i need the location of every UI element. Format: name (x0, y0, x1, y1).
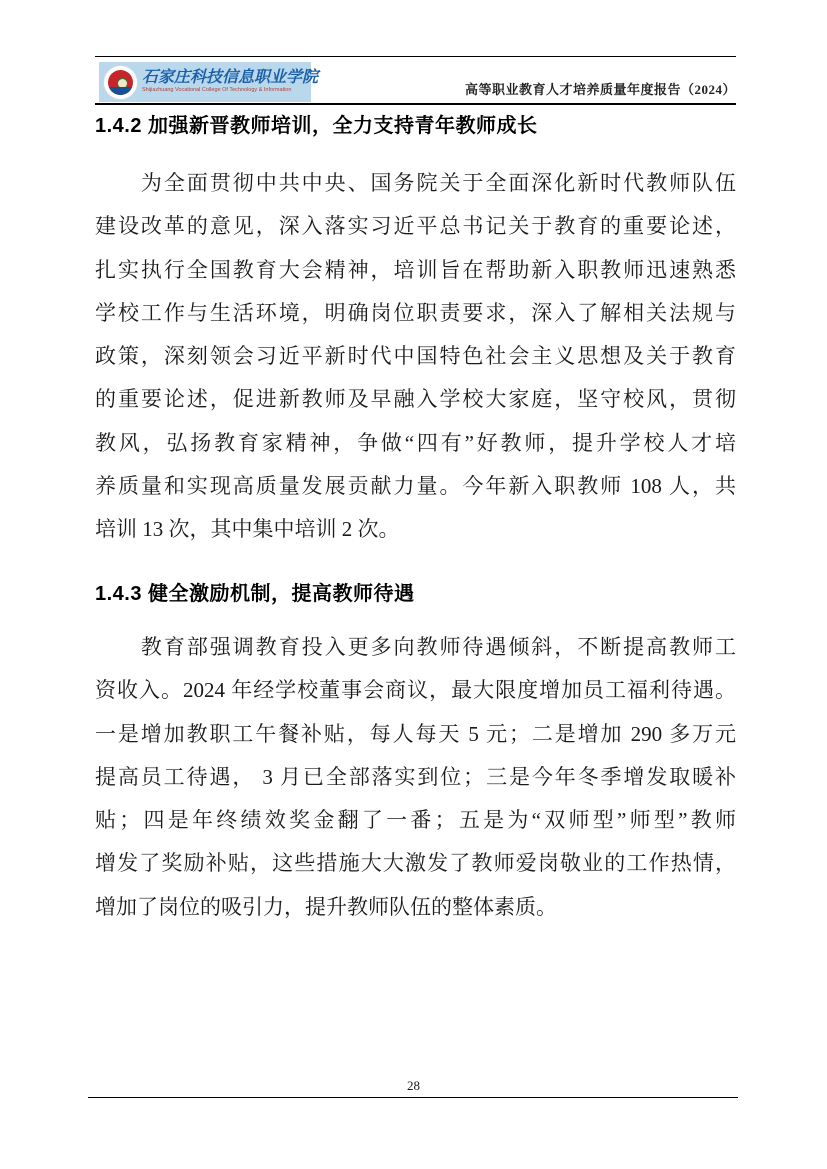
paragraph-line: 扎实执行全国教育大会精神，培训旨在帮助新入职教师迅速熟悉 (95, 249, 736, 292)
page-header: 石家庄科技信息职业学院 Shijiazhuang Vocational Coll… (95, 56, 736, 105)
college-name-zh: 石家庄科技信息职业学院 (142, 70, 318, 86)
college-name-block: 石家庄科技信息职业学院 Shijiazhuang Vocational Coll… (142, 70, 318, 94)
college-emblem-icon (103, 65, 138, 100)
paragraph-line: 学校工作与生活环境，明确岗位职责要求，深入了解相关法规与 (95, 292, 736, 335)
paragraph-143: 教育部强调教育投入更多向教师待遇倾斜，不断提高教师工资收入。2024 年经学校董… (95, 626, 736, 929)
paragraph-line: 一是增加教职工午餐补贴，每人每天 5 元；二是增加 290 多万元 (95, 713, 736, 756)
document-page: 石家庄科技信息职业学院 Shijiazhuang Vocational Coll… (0, 0, 827, 1169)
paragraph-line: 培训 13 次，其中集中培训 2 次。 (95, 508, 736, 551)
paragraph-line: 提高员工待遇， 3 月已全部落实到位；三是今年冬季增发取暖补 (95, 756, 736, 799)
report-title: 高等职业教育人才培养质量年度报告（2024） (465, 79, 736, 98)
paragraph-line: 教风，弘扬教育家精神，争做“四有”好教师，提升学校人才培 (95, 422, 736, 465)
paragraph-line: 养质量和实现高质量发展贡献力量。今年新入职教师 108 人，共 (95, 465, 736, 508)
section-heading-142: 1.4.2 加强新晋教师培训，全力支持青年教师成长 (95, 109, 736, 138)
paragraph-line: 资收入。2024 年经学校董事会商议，最大限度增加员工福利待遇。 (95, 669, 736, 712)
paragraph-line: 的重要论述，促进新教师及早融入学校大家庭，坚守校风，贯彻 (95, 378, 736, 421)
footer-rule (88, 1097, 738, 1098)
college-logo: 石家庄科技信息职业学院 Shijiazhuang Vocational Coll… (99, 62, 311, 102)
paragraph-line: 贴；四是年终绩效奖金翻了一番；五是为“双师型”师型”教师 (95, 799, 736, 842)
page-number: 28 (0, 1078, 827, 1094)
section-heading-143: 1.4.3 健全激励机制，提高教师待遇 (95, 577, 736, 606)
paragraph-142: 为全面贯彻中共中央、国务院关于全面深化新时代教师队伍建设改革的意见，深入落实习近… (95, 162, 736, 552)
emblem-band (108, 87, 133, 95)
paragraph-line: 增加了岗位的吸引力，提升教师队伍的整体素质。 (95, 886, 736, 929)
emblem-core (108, 70, 133, 95)
paragraph-line: 增发了奖励补贴，这些措施大大激发了教师爱岗敬业的工作热情， (95, 842, 736, 885)
paragraph-line: 建设改革的意见，深入落实习近平总书记关于教育的重要论述， (95, 205, 736, 248)
college-name-en: Shijiazhuang Vocational College Of Techn… (142, 88, 318, 94)
paragraph-line: 为全面贯彻中共中央、国务院关于全面深化新时代教师队伍 (95, 162, 736, 205)
paragraph-line: 教育部强调教育投入更多向教师待遇倾斜，不断提高教师工 (95, 626, 736, 669)
paragraph-line: 政策，深刻领会习近平新时代中国特色社会主义思想及关于教育 (95, 335, 736, 378)
